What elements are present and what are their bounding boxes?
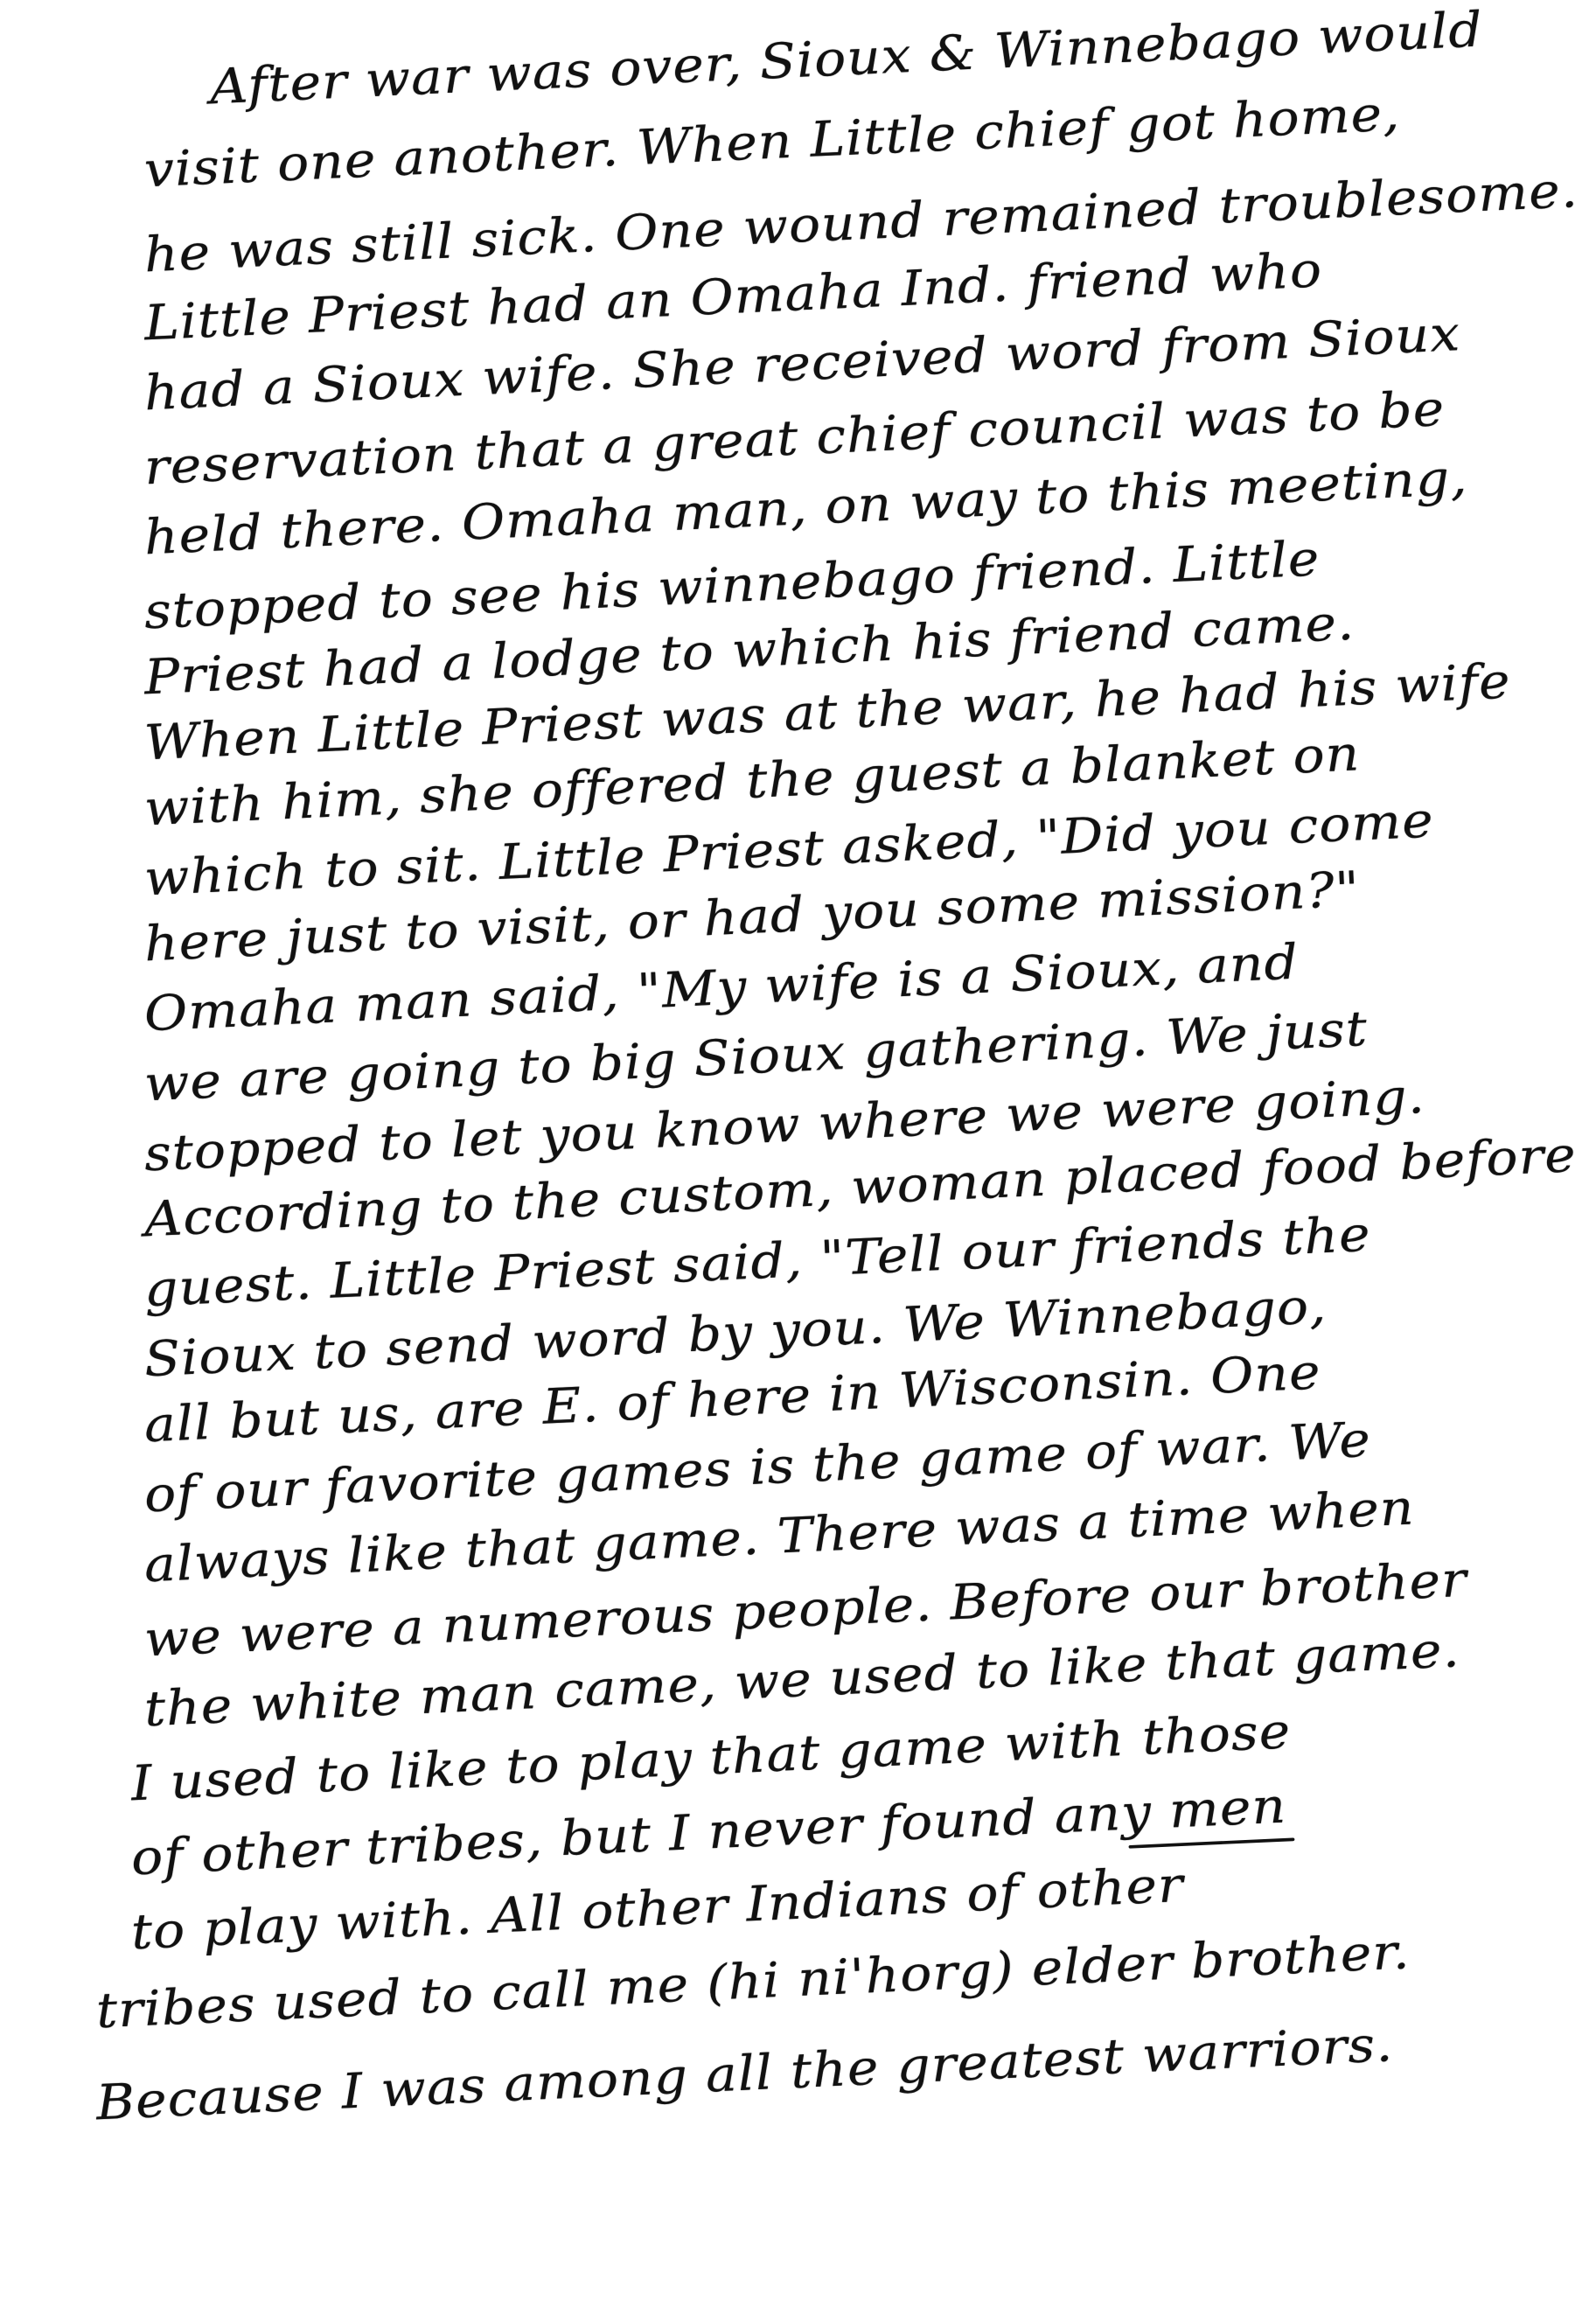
text-line: Because I was among all the greatest war… xyxy=(95,2020,1395,2127)
handwritten-page: After war was over, Sioux & Winnebago wo… xyxy=(0,0,1596,2321)
